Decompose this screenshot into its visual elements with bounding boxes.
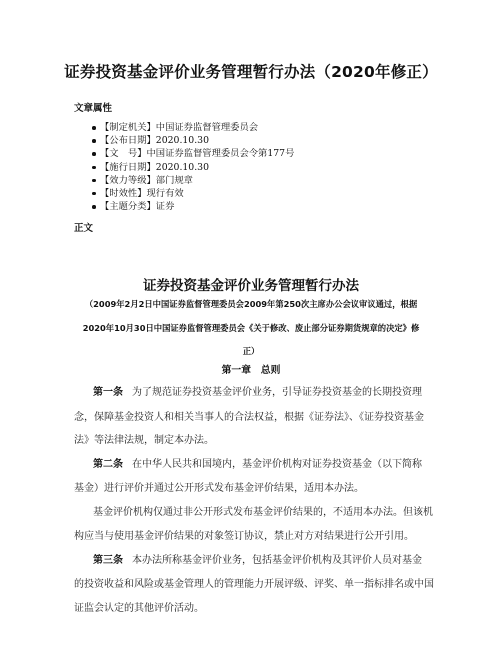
law-title: 证券投资基金评价业务管理暂行办法 [0, 274, 502, 294]
article-line: 第三条本办法所称基金评价业务，包括基金评价机构及其评价人员对基金 [93, 551, 422, 566]
article-line: 第一条为了规范证券投资基金评价业务，引导证券投资基金的长期投资理 [93, 383, 422, 398]
bullet-icon [92, 205, 96, 209]
article-line: 基金评价机构仅通过非公开形式发布基金评价结果的，不适用本办法。但该机 [93, 503, 433, 518]
attributes-list: 【制定机关】中国证券监督管理委员会 【公布日期】2020.10.30 【文 号】… [92, 121, 294, 213]
article-line: 证监会认定的其他评价活动。 [74, 599, 204, 614]
bullet-icon [92, 152, 96, 156]
document-page: 证券投资基金评价业务管理暂行办法（2020年修正） 文章属性 【制定机关】中国证… [0, 0, 502, 649]
article-label: 第三条 [93, 555, 123, 566]
chapter-heading: 第一章 总则 [0, 362, 502, 376]
article-label: 第一条 [93, 387, 123, 398]
article-label: 第二条 [93, 459, 123, 470]
attribute-item: 【主题分类】证券 [92, 200, 294, 213]
bullet-icon [92, 166, 96, 170]
subtitle-line: （2009年2月2日中国证券监督管理委员会2009年第250次主席办公会议审议通… [0, 298, 502, 310]
attribute-item: 【公布日期】2020.10.30 [92, 134, 294, 147]
attribute-item: 【施行日期】2020.10.30 [92, 161, 294, 174]
article-line: 法》等法律法规，制定本办法。 [74, 431, 214, 446]
bullet-icon [92, 126, 96, 130]
body-heading: 正文 [74, 220, 93, 234]
attribute-item: 【文 号】中国证券监督管理委员会令第177号 [92, 147, 294, 160]
article-line: 的投资收益和风险或基金管理人的管理能力开展评级、评奖、单一指标排名或中国 [74, 575, 434, 590]
subtitle-line: 2020年10月30日中国证券监督管理委员会《关于修改、废止部分证券期货规章的决… [0, 322, 502, 334]
article-line: 构应当与使用基金评价结果的对象签订协议，禁止对方对结果进行公开引用。 [74, 527, 414, 542]
document-title: 证券投资基金评价业务管理暂行办法（2020年修正） [0, 60, 502, 82]
attribute-item: 【制定机关】中国证券监督管理委员会 [92, 121, 294, 134]
bullet-icon [92, 179, 96, 183]
subtitle-line: 正） [0, 345, 502, 357]
attributes-heading: 文章属性 [74, 100, 112, 114]
attribute-item: 【效力等级】部门规章 [92, 174, 294, 187]
article-line: 基金）进行评价并通过公开形式发布基金评价结果，适用本办法。 [74, 479, 364, 494]
bullet-icon [92, 139, 96, 143]
attribute-item: 【时效性】现行有效 [92, 187, 294, 200]
article-line: 念，保障基金投资人和相关当事人的合法权益，根据《证券法》、《证券投资基金 [74, 408, 424, 423]
article-line: 第二条在中华人民共和国境内，基金评价机构对证券投资基金（以下简称 [93, 455, 422, 470]
bullet-icon [92, 192, 96, 196]
